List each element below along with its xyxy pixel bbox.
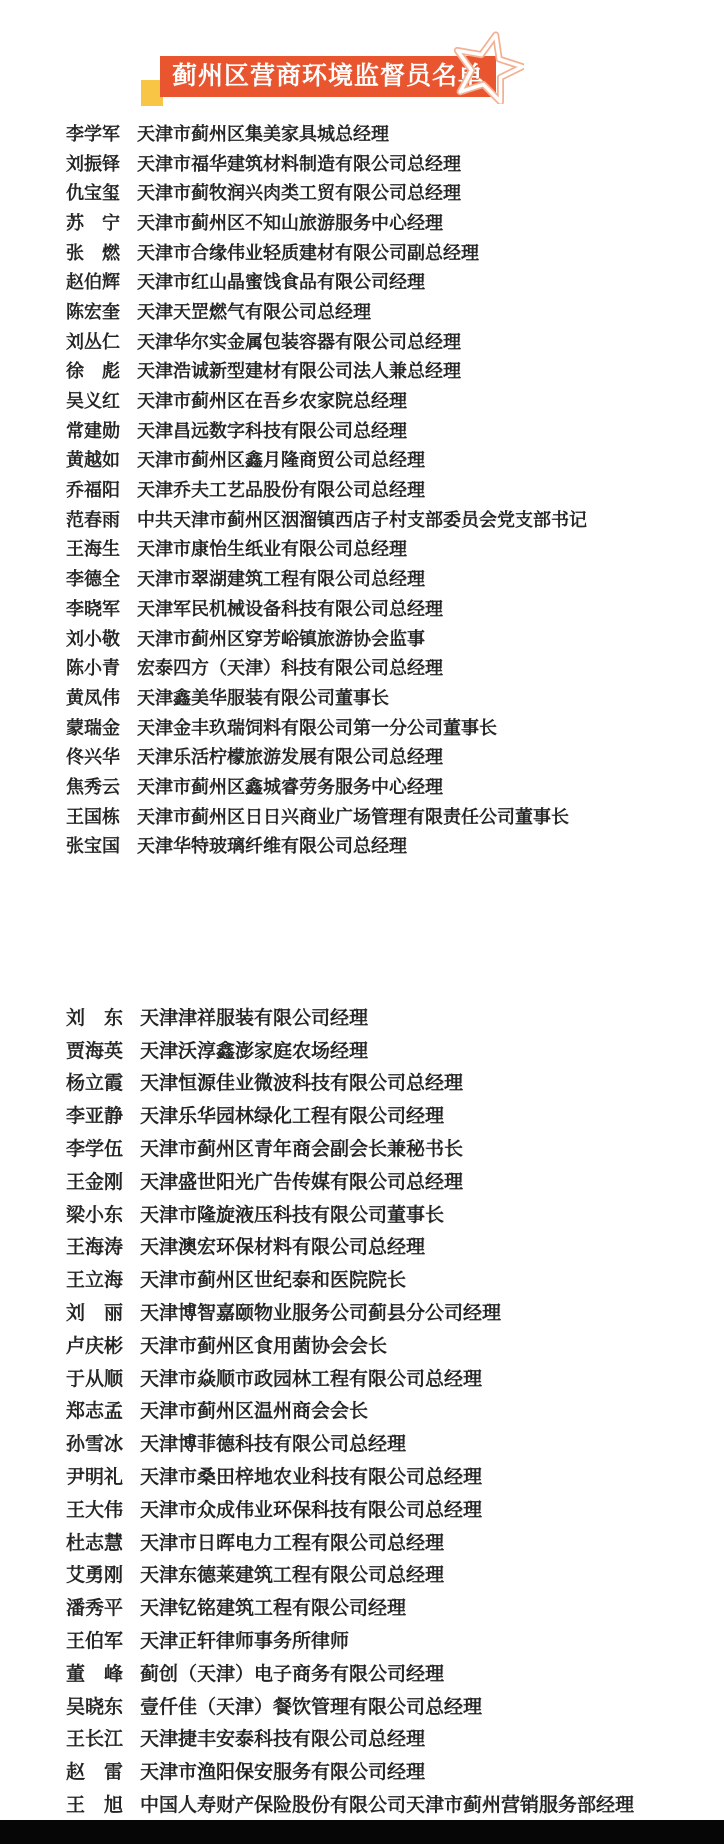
person-affiliation: 天津市福华建筑材料制造有限公司总经理 [137, 150, 724, 176]
person-name: 王大伟 [66, 1495, 126, 1522]
person-name: 陈宏奎 [66, 298, 123, 324]
person-affiliation: 天津军民机械设备科技有限公司总经理 [137, 595, 724, 621]
page-title: 蓟州区营商环境监督员名单 [172, 62, 484, 90]
list-item: 焦秀云 天津市蓟州区鑫城睿劳务服务中心经理 [0, 771, 724, 801]
list-item: 董 峰 蓟创（天津）电子商务有限公司经理 [0, 1656, 724, 1689]
person-affiliation: 蓟创（天津）电子商务有限公司经理 [140, 1659, 724, 1686]
person-affiliation: 天津华尔实金属包装容器有限公司总经理 [137, 328, 724, 354]
list-item: 仇宝玺 天津市蓟牧润兴肉类工贸有限公司总经理 [0, 177, 724, 207]
person-affiliation: 天津市渔阳保安服务有限公司经理 [140, 1757, 724, 1784]
person-name: 陈小青 [66, 654, 123, 680]
person-name: 梁小东 [66, 1200, 126, 1227]
person-name: 刘小敬 [66, 625, 123, 651]
list-item: 于从顺 天津市焱顺市政园林工程有限公司总经理 [0, 1361, 724, 1394]
list-item: 王海生 天津市康怡生纸业有限公司总经理 [0, 534, 724, 564]
list-item: 黄越如 天津市蓟州区鑫月隆商贸公司总经理 [0, 445, 724, 475]
list-item: 王立海 天津市蓟州区世纪泰和医院院长 [0, 1262, 724, 1295]
person-name: 苏 宁 [66, 209, 123, 235]
person-name: 董 峰 [66, 1659, 126, 1686]
person-affiliation: 天津市蓟州区青年商会副会长兼秘书长 [140, 1134, 724, 1161]
person-affiliation: 天津乔夫工艺品股份有限公司总经理 [137, 476, 724, 502]
list-item: 贾海英 天津沃淳鑫澎家庭农场经理 [0, 1033, 724, 1066]
person-name: 张 燃 [66, 239, 123, 265]
list-item: 吴义红 天津市蓟州区在吾乡农家院总经理 [0, 385, 724, 415]
person-name: 刘 东 [66, 1003, 126, 1030]
list-item: 张 燃 天津市合缘伟业轻质建材有限公司副总经理 [0, 237, 724, 267]
list-item: 黄凤伟 天津鑫美华服装有限公司董事长 [0, 682, 724, 712]
person-affiliation: 天津浩诚新型建材有限公司法人兼总经理 [137, 357, 724, 383]
list-item: 李晓军 天津军民机械设备科技有限公司总经理 [0, 593, 724, 623]
person-affiliation: 天津市蓟州区集美家具城总经理 [137, 120, 724, 146]
person-name: 张宝国 [66, 832, 123, 858]
person-affiliation: 天津市焱顺市政园林工程有限公司总经理 [140, 1364, 724, 1391]
list-item: 常建勋 天津昌远数字科技有限公司总经理 [0, 415, 724, 445]
list-item: 陈小青 宏泰四方（天津）科技有限公司总经理 [0, 652, 724, 682]
list-item: 刘 丽 天津博智嘉颐物业服务公司蓟县分公司经理 [0, 1295, 724, 1328]
person-affiliation: 天津市红山晶蜜饯食品有限公司经理 [137, 268, 724, 294]
person-affiliation: 天津乐华园林绿化工程有限公司经理 [140, 1101, 724, 1128]
person-name: 于从顺 [66, 1364, 126, 1391]
person-affiliation: 中国人寿财产保险股份有限公司天津市蓟州营销服务部经理 [140, 1790, 724, 1817]
person-name: 李学伍 [66, 1134, 126, 1161]
person-affiliation: 天津沃淳鑫澎家庭农场经理 [140, 1036, 724, 1063]
person-name: 刘振铎 [66, 150, 123, 176]
person-affiliation: 天津正轩律师事务所律师 [140, 1626, 724, 1653]
person-affiliation: 天津昌远数字科技有限公司总经理 [137, 417, 724, 443]
person-affiliation: 天津市翠湖建筑工程有限公司总经理 [137, 565, 724, 591]
person-name: 范春雨 [66, 506, 123, 532]
list-item: 刘 东 天津津祥服装有限公司经理 [0, 1000, 724, 1033]
person-name: 杜志慧 [66, 1528, 126, 1555]
person-name: 王伯军 [66, 1626, 126, 1653]
person-affiliation: 天津市蓟州区在吾乡农家院总经理 [137, 387, 724, 413]
list-item: 郑志孟 天津市蓟州区温州商会会长 [0, 1394, 724, 1427]
list-item: 尹明礼 天津市桑田梓地农业科技有限公司总经理 [0, 1459, 724, 1492]
person-name: 常建勋 [66, 417, 123, 443]
person-affiliation: 天津市康怡生纸业有限公司总经理 [137, 535, 724, 561]
person-affiliation: 天津市桑田梓地农业科技有限公司总经理 [140, 1462, 724, 1489]
person-affiliation: 天津市合缘伟业轻质建材有限公司副总经理 [137, 239, 724, 265]
person-name: 潘秀平 [66, 1593, 126, 1620]
person-affiliation: 天津金丰玖瑞饲料有限公司第一分公司董事长 [137, 714, 724, 740]
person-name: 刘 丽 [66, 1298, 126, 1325]
person-affiliation: 天津市蓟州区不知山旅游服务中心经理 [137, 209, 724, 235]
person-affiliation: 天津捷丰安泰科技有限公司总经理 [140, 1724, 724, 1751]
supervisor-list-section-1: 李学军 天津市蓟州区集美家具城总经理 刘振铎 天津市福华建筑材料制造有限公司总经… [0, 118, 724, 860]
list-item: 刘小敬 天津市蓟州区穿芳峪镇旅游协会监事 [0, 623, 724, 653]
person-affiliation: 天津鑫美华服装有限公司董事长 [137, 684, 724, 710]
list-item: 李德全 天津市翠湖建筑工程有限公司总经理 [0, 563, 724, 593]
person-name: 贾海英 [66, 1036, 126, 1063]
list-item: 刘丛仁 天津华尔实金属包装容器有限公司总经理 [0, 326, 724, 356]
person-affiliation: 天津市蓟牧润兴肉类工贸有限公司总经理 [137, 179, 724, 205]
star-icon [452, 28, 524, 104]
list-item: 王伯军 天津正轩律师事务所律师 [0, 1623, 724, 1656]
person-name: 焦秀云 [66, 773, 123, 799]
list-item: 乔福阳 天津乔夫工艺品股份有限公司总经理 [0, 474, 724, 504]
person-name: 卢庆彬 [66, 1331, 126, 1358]
person-name: 王国栋 [66, 803, 123, 829]
person-affiliation: 天津博智嘉颐物业服务公司蓟县分公司经理 [140, 1298, 724, 1325]
person-name: 李学军 [66, 120, 123, 146]
list-item: 李学军 天津市蓟州区集美家具城总经理 [0, 118, 724, 148]
person-affiliation: 天津东德莱建筑工程有限公司总经理 [140, 1560, 724, 1587]
person-name: 王金刚 [66, 1167, 126, 1194]
person-affiliation: 天津乐活柠檬旅游发展有限公司总经理 [137, 743, 724, 769]
list-item: 杜志慧 天津市日晖电力工程有限公司总经理 [0, 1525, 724, 1558]
list-item: 吴晓东 壹仟佳（天津）餐饮管理有限公司总经理 [0, 1689, 724, 1722]
person-affiliation: 天津市蓟州区穿芳峪镇旅游协会监事 [137, 625, 724, 651]
person-affiliation: 天津市蓟州区食用菌协会会长 [140, 1331, 724, 1358]
person-affiliation: 天津市蓟州区温州商会会长 [140, 1396, 724, 1423]
list-item: 艾勇刚 天津东德莱建筑工程有限公司总经理 [0, 1558, 724, 1591]
person-affiliation: 天津津祥服装有限公司经理 [140, 1003, 724, 1030]
list-item: 李亚静 天津乐华园林绿化工程有限公司经理 [0, 1098, 724, 1131]
person-affiliation: 天津钇铭建筑工程有限公司经理 [140, 1593, 724, 1620]
person-name: 尹明礼 [66, 1462, 126, 1489]
person-name: 吴晓东 [66, 1692, 126, 1719]
person-name: 徐 彪 [66, 357, 123, 383]
list-item: 刘振铎 天津市福华建筑材料制造有限公司总经理 [0, 148, 724, 178]
person-affiliation: 中共天津市蓟州区洇溜镇西店子村支部委员会党支部书记 [137, 506, 724, 532]
person-name: 王海涛 [66, 1232, 126, 1259]
list-item: 赵 雷 天津市渔阳保安服务有限公司经理 [0, 1754, 724, 1787]
person-name: 吴义红 [66, 387, 123, 413]
person-name: 王海生 [66, 535, 123, 561]
person-name: 李德全 [66, 565, 123, 591]
list-item: 王大伟 天津市众成伟业环保科技有限公司总经理 [0, 1492, 724, 1525]
list-item: 李学伍 天津市蓟州区青年商会副会长兼秘书长 [0, 1131, 724, 1164]
person-affiliation: 天津恒源佳业微波科技有限公司总经理 [140, 1068, 724, 1095]
list-item: 杨立霞 天津恒源佳业微波科技有限公司总经理 [0, 1066, 724, 1099]
person-name: 王立海 [66, 1265, 126, 1292]
person-affiliation: 壹仟佳（天津）餐饮管理有限公司总经理 [140, 1692, 724, 1719]
list-item: 潘秀平 天津钇铭建筑工程有限公司经理 [0, 1590, 724, 1623]
person-name: 李亚静 [66, 1101, 126, 1128]
list-item: 王金刚 天津盛世阳光广告传媒有限公司总经理 [0, 1164, 724, 1197]
person-affiliation: 天津华特玻璃纤维有限公司总经理 [137, 832, 724, 858]
list-item: 王长江 天津捷丰安泰科技有限公司总经理 [0, 1722, 724, 1755]
list-item: 佟兴华 天津乐活柠檬旅游发展有限公司总经理 [0, 741, 724, 771]
list-item: 王海涛 天津澳宏环保材料有限公司总经理 [0, 1230, 724, 1263]
list-item: 范春雨 中共天津市蓟州区洇溜镇西店子村支部委员会党支部书记 [0, 504, 724, 534]
person-affiliation: 宏泰四方（天津）科技有限公司总经理 [137, 654, 724, 680]
supervisor-list-section-2: 刘 东 天津津祥服装有限公司经理 贾海英 天津沃淳鑫澎家庭农场经理 杨立霞 天津… [0, 1000, 724, 1820]
list-item: 王 旭 中国人寿财产保险股份有限公司天津市蓟州营销服务部经理 [0, 1787, 724, 1820]
person-affiliation: 天津盛世阳光广告传媒有限公司总经理 [140, 1167, 724, 1194]
person-name: 赵 雷 [66, 1757, 126, 1784]
person-affiliation: 天津市蓟州区鑫城睿劳务服务中心经理 [137, 773, 724, 799]
person-affiliation: 天津博菲德科技有限公司总经理 [140, 1429, 724, 1456]
list-item: 孙雪冰 天津博菲德科技有限公司总经理 [0, 1426, 724, 1459]
person-name: 郑志孟 [66, 1396, 126, 1423]
person-affiliation: 天津天罡燃气有限公司总经理 [137, 298, 724, 324]
list-item: 张宝国 天津华特玻璃纤维有限公司总经理 [0, 831, 724, 861]
person-name: 艾勇刚 [66, 1560, 126, 1587]
person-name: 黄越如 [66, 446, 123, 472]
document-page: 蓟州区营商环境监督员名单 李学军 天津市蓟州区集美家具城总经理 刘振铎 天津市福… [0, 0, 724, 1844]
list-item: 陈宏奎 天津天罡燃气有限公司总经理 [0, 296, 724, 326]
list-item: 王国栋 天津市蓟州区日日兴商业广场管理有限责任公司董事长 [0, 801, 724, 831]
list-item: 卢庆彬 天津市蓟州区食用菌协会会长 [0, 1328, 724, 1361]
list-item: 梁小东 天津市隆旋液压科技有限公司董事长 [0, 1197, 724, 1230]
person-name: 杨立霞 [66, 1068, 126, 1095]
person-name: 佟兴华 [66, 743, 123, 769]
list-item: 徐 彪 天津浩诚新型建材有限公司法人兼总经理 [0, 356, 724, 386]
person-name: 蒙瑞金 [66, 714, 123, 740]
person-affiliation: 天津市蓟州区鑫月隆商贸公司总经理 [137, 446, 724, 472]
person-affiliation: 天津市日晖电力工程有限公司总经理 [140, 1528, 724, 1555]
bottom-bar [0, 1820, 724, 1844]
list-item: 蒙瑞金 天津金丰玖瑞饲料有限公司第一分公司董事长 [0, 712, 724, 742]
person-name: 赵伯辉 [66, 268, 123, 294]
list-item: 苏 宁 天津市蓟州区不知山旅游服务中心经理 [0, 207, 724, 237]
person-affiliation: 天津市蓟州区世纪泰和医院院长 [140, 1265, 724, 1292]
person-name: 孙雪冰 [66, 1429, 126, 1456]
person-affiliation: 天津市众成伟业环保科技有限公司总经理 [140, 1495, 724, 1522]
list-item: 赵伯辉 天津市红山晶蜜饯食品有限公司经理 [0, 266, 724, 296]
person-affiliation: 天津澳宏环保材料有限公司总经理 [140, 1232, 724, 1259]
person-name: 仇宝玺 [66, 179, 123, 205]
person-name: 乔福阳 [66, 476, 123, 502]
person-name: 黄凤伟 [66, 684, 123, 710]
person-affiliation: 天津市蓟州区日日兴商业广场管理有限责任公司董事长 [137, 803, 724, 829]
person-affiliation: 天津市隆旋液压科技有限公司董事长 [140, 1200, 724, 1227]
person-name: 李晓军 [66, 595, 123, 621]
title-banner: 蓟州区营商环境监督员名单 [160, 56, 496, 97]
person-name: 王 旭 [66, 1790, 126, 1817]
person-name: 王长江 [66, 1724, 126, 1751]
person-name: 刘丛仁 [66, 328, 123, 354]
